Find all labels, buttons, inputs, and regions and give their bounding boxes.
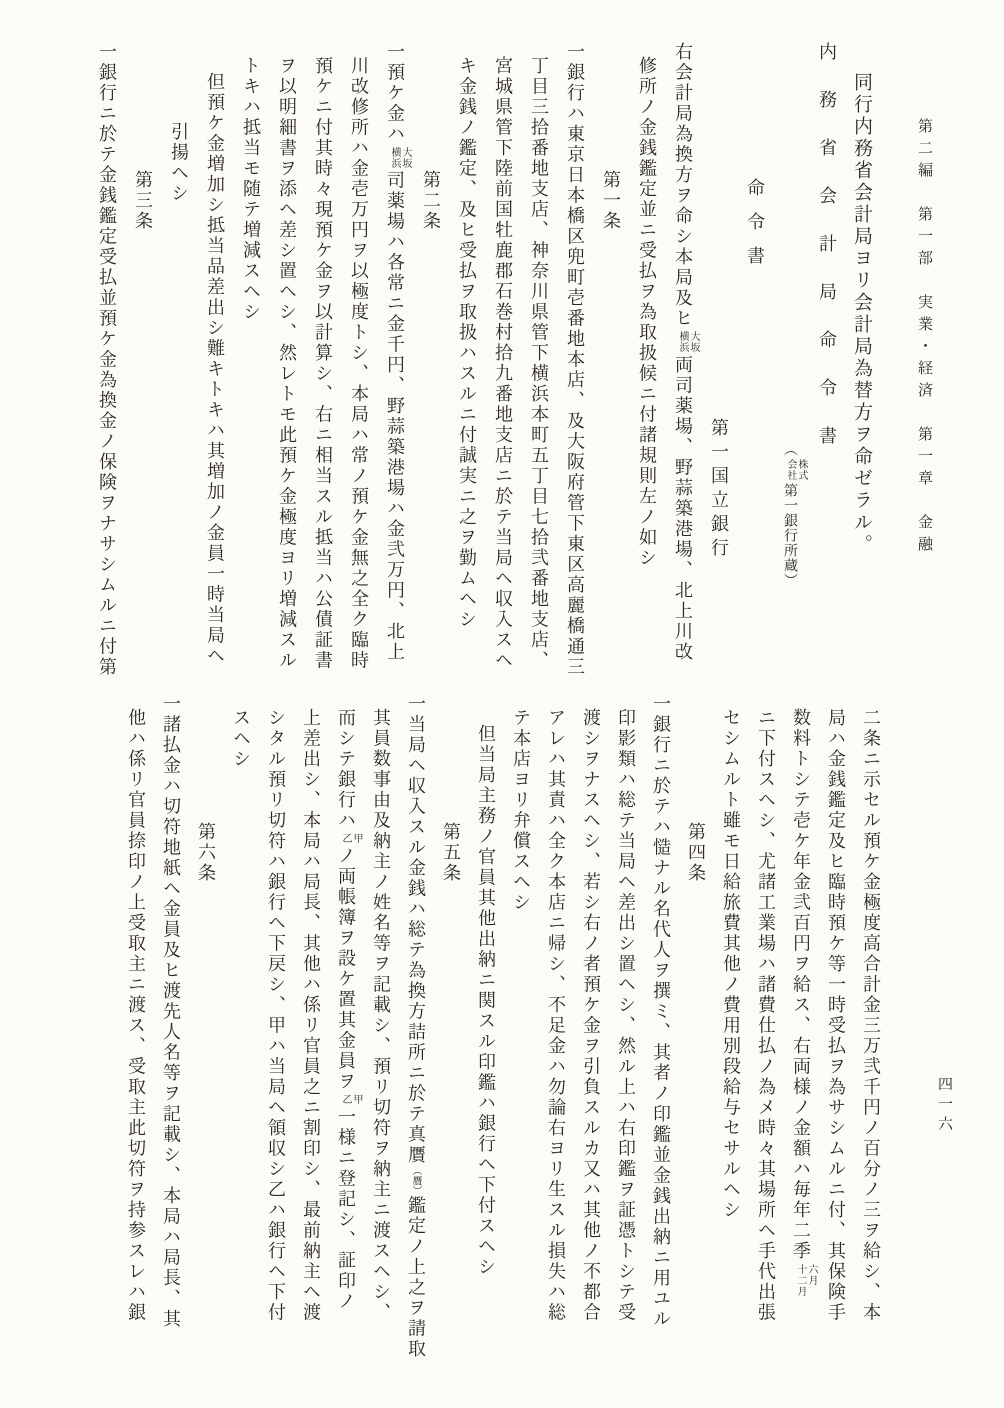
proviso-line: 但預ケ金増加シ抵当品差出シ難キトキハ其増加ノ金員一時当局ヘ <box>196 42 232 686</box>
continuation-line: 預ケニ付其時々現預ケ金ヲ以計算シ、右ニ相当スル抵当ハ公債証書 <box>304 42 340 686</box>
article-heading: 第四条 <box>678 694 713 1362</box>
continuation-line: 渡シヲナスヘシ、若シ右ノ者預ケ金ヲ引負スルカ又ハ其他ノ不都合 <box>573 694 608 1362</box>
order-heading: 命令書 <box>736 42 772 686</box>
page-number: 四一六 <box>935 1076 956 1136</box>
continuation-line: 数料トシテ壱ケ年金弐百円ヲ給ス、右両様ノ金額ハ毎年二季六月十二月 <box>783 694 818 1362</box>
text-block-lower: 二条ニ示セル預ケ金極度高合計金三万弐千円ノ百分ノ三ヲ給シ、本局ハ金銭鑑定及ヒ臨時… <box>118 694 888 1362</box>
warichu-inline-note: 株式会社 <box>785 459 807 481</box>
continuation-line: テ本店ヨリ弁償スヘシ <box>503 694 538 1362</box>
item-line: 一銀行ニ於テ金銭鑑定受払並預ケ金為換金ノ保険ヲナサシムルニ付第 <box>88 42 124 686</box>
continuation-line: セシムルト雖モ日給旅費其他ノ費用別段給与セサルヘシ <box>713 694 748 1362</box>
item-line: 一当局ヘ収入スル金銭ハ総テ為換方詰所ニ於テ真贋（贋）鑑定ノ上之ヲ請取 <box>398 694 433 1362</box>
proviso-line: 但当局主務ノ官員其他出納ニ関スル印鑑ハ銀行ヘ下付スヘシ <box>468 694 503 1362</box>
continuation-line: トキハ抵当モ随テ増減スヘシ <box>232 42 268 686</box>
continuation-line: 丁目三拾番地支店、神奈川県管下横浜本町五丁目七拾弐番地支店、 <box>520 42 556 686</box>
article-heading: 第六条 <box>188 694 223 1362</box>
warichu-inline-note: 六月十二月 <box>795 1264 817 1297</box>
continuation-line: キ金銭ノ鑑定、及ヒ受払ヲ取扱ハスルニ付誠実ニ之ヲ勤ムヘシ <box>448 42 484 686</box>
text-block-upper: 同行内務省会計局ヨリ会計局為替方ヲ命ゼラル。内務省会計局命令書（株式会社第一銀行… <box>88 42 880 686</box>
addressee-line: 第一国立銀行 <box>700 42 736 686</box>
intro-line: 同行内務省会計局ヨリ会計局為替方ヲ命ゼラル。 <box>844 42 880 686</box>
warichu-inline-note: 甲乙 <box>340 833 362 844</box>
continuation-line: シタル預リ切符ハ銀行ヘ下戻シ、甲ハ当局ヘ領収シ乙ハ銀行ヘ下付 <box>258 694 293 1362</box>
article-heading: 第三条 <box>124 42 160 686</box>
continuation-line: ニ下付スヘシ、尤諸工業場ハ諸費仕払ノ為メ時々其場所ヘ手代出張 <box>748 694 783 1362</box>
continuation-line: 宮城県管下陸前国牡鹿郡石巻村拾九番地支店ニ於テ当局ヘ収入スヘ <box>484 42 520 686</box>
warichu-inline-note: 甲乙 <box>340 1094 362 1105</box>
document-page: 第二編 第一部 実業・経済 第一章 金融 四一六 同行内務省会計局ヨリ会計局為替… <box>0 0 1004 1408</box>
continuation-line: 二条ニ示セル預ケ金極度高合計金三万弐千円ノ百分ノ三ヲ給シ、本 <box>853 694 888 1362</box>
gloss-note: （贋） <box>410 1166 421 1196</box>
document-title: 内務省会計局命令書 <box>808 42 844 686</box>
article-heading: 第二条 <box>412 42 448 686</box>
continuation-line: 引揚ヘシ <box>160 42 196 686</box>
continuation-line: 他ハ係リ官員捺印ノ上受取主ニ渡ス、受取主此切符ヲ持参スレハ銀 <box>118 694 153 1362</box>
item-line: 一銀行ニ於テハ慥ナル名代人ヲ撰ミ、其者ノ印鑑並金銭出納ニ用ユル <box>643 694 678 1362</box>
continuation-line: 而シテ銀行ハ甲乙ノ両帳簿ヲ設ケ置其金員ヲ甲乙一様ニ登記シ、証印ノ <box>328 694 363 1362</box>
preamble-line: 修所ノ金銭鑑定並ニ受払ヲ為取扱候ニ付諸規則左ノ如シ <box>628 42 664 686</box>
continuation-line: 局ハ金銭鑑定及ヒ臨時預ケ等一時受払ヲ為サシムルニ付、其保険手 <box>818 694 853 1362</box>
continuation-line: 其員数事由及納主ノ姓名等ヲ記載シ、預リ切符ヲ納主ニ渡スヘシ、 <box>363 694 398 1362</box>
article-heading: 第一条 <box>592 42 628 686</box>
collection-attribution: （株式会社第一銀行所蔵） <box>772 42 808 686</box>
continuation-line: アレハ其責ハ全ク本店ニ帰シ、不足金ハ勿論右ヨリ生スル損失ハ総 <box>538 694 573 1362</box>
item-line: 一銀行ハ東京日本橋区兜町壱番地本店、及大阪府管下東区高麗橋通三 <box>556 42 592 686</box>
item-line: 一預ケ金ハ大坂横浜司薬場ハ各常ニ金千円、野蒜築港場ハ金弐万円、北上 <box>376 42 412 686</box>
warichu-inline-note: 大坂横浜 <box>389 147 411 169</box>
continuation-line: スヘシ <box>223 694 258 1362</box>
continuation-line: 印影類ハ総テ当局ヘ差出シ置ヘシ、然ル上ハ右印鑑ヲ証憑トシテ受 <box>608 694 643 1362</box>
continuation-line: 上差出シ、本局ハ局長、其他ハ係リ官員之ニ割印シ、最前納主ヘ渡 <box>293 694 328 1362</box>
running-header: 第二編 第一部 実業・経済 第一章 金融 <box>915 118 936 558</box>
article-heading: 第五条 <box>433 694 468 1362</box>
preamble-line: 右会計局為換方ヲ命シ本局及ヒ大坂横浜両司薬場、野蒜築港場、北上川改 <box>664 42 700 686</box>
item-line: 一諸払金ハ切符地紙ヘ金員及ヒ渡先人名等ヲ記載シ、本局ハ局長、其 <box>153 694 188 1362</box>
continuation-line: ヲ以明細書ヲ添ヘ差シ置ヘシ、然レトモ此預ケ金極度ヨリ増減スル <box>268 42 304 686</box>
continuation-line: 川改修所ハ金壱万円ヲ以極度トシ、本局ハ常ノ預ケ金無之全ク臨時 <box>340 42 376 686</box>
warichu-inline-note: 大坂横浜 <box>677 331 699 353</box>
